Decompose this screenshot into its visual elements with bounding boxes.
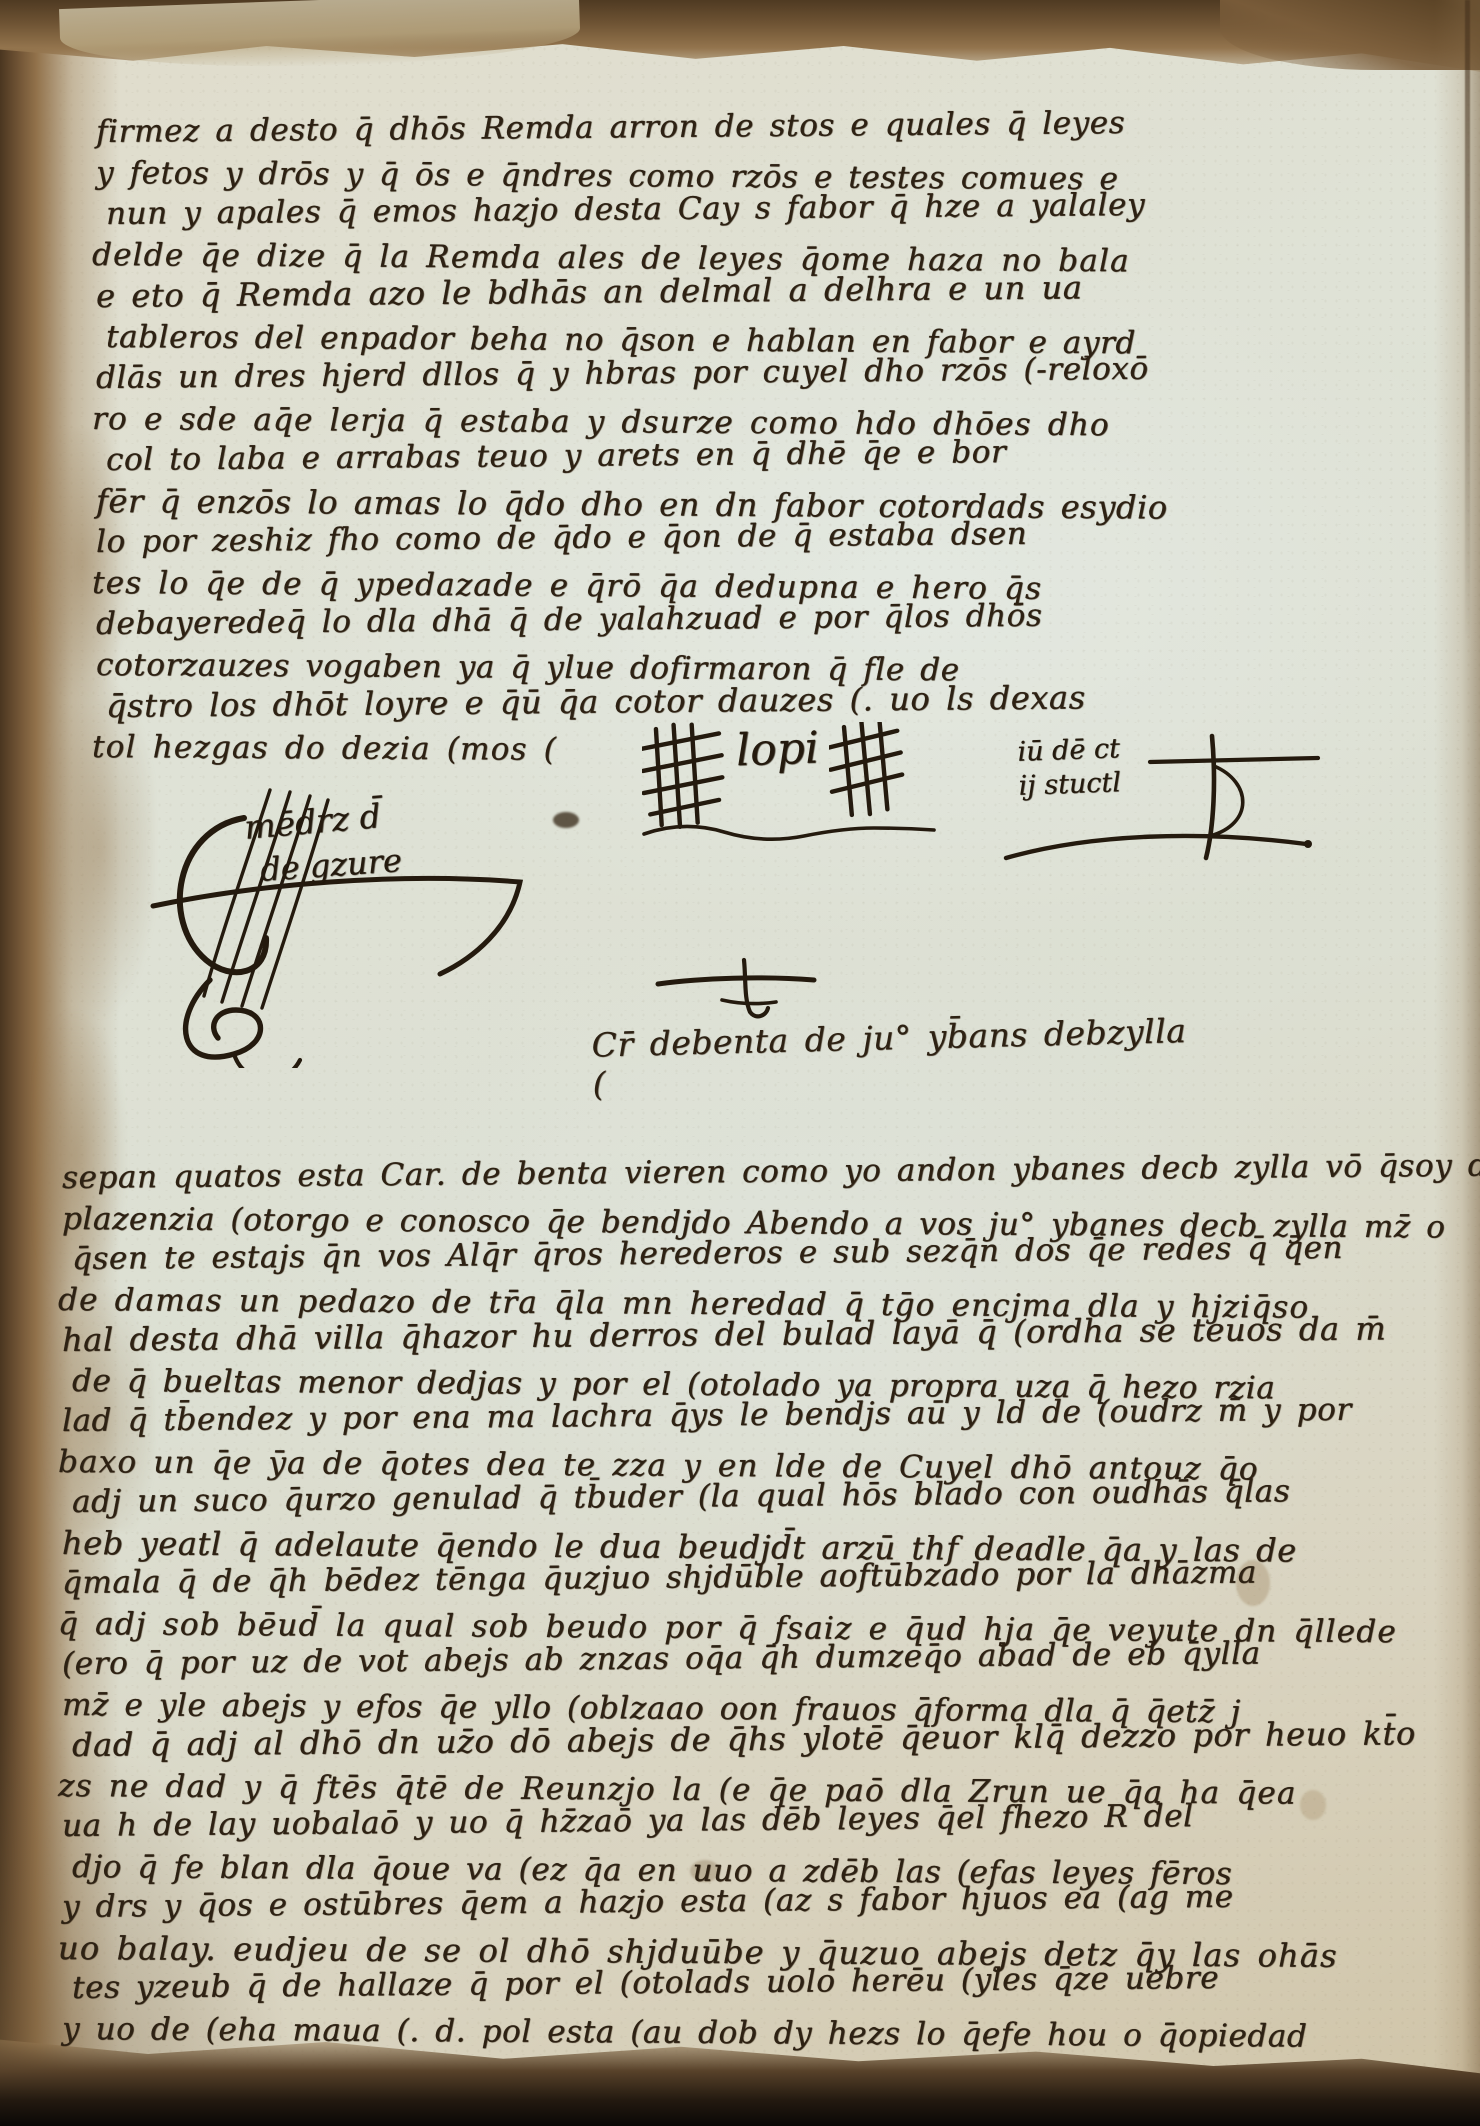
right-page-edge: [1434, 0, 1480, 2126]
notary-text-line2: ij stuctl: [1018, 766, 1122, 804]
ink-spot: [553, 812, 579, 828]
lower-text-block: sepan quatos esta Car. de benta vieren c…: [62, 1158, 1432, 2049]
notary-mark: iū dē ct ij stuctl: [1000, 730, 1330, 880]
section-heading: Cr̄ debenta de ju° yb̄ans debzylla (: [591, 1010, 1213, 1103]
crosshatch-rubric-right-icon: [829, 722, 905, 818]
lope-rubric: lopi: [642, 722, 972, 882]
upper-text-block: firmez a desto q̄ dhōs Remda arron de st…: [96, 112, 1396, 768]
notary-text: iū dē ct ij stuctl: [1017, 732, 1122, 804]
lope-signature-text: lopi: [735, 723, 820, 777]
section-divider: [652, 954, 822, 1026]
manuscript-scan: firmez a desto q̄ dhōs Remda arron de st…: [0, 0, 1480, 2126]
crosshatch-rubric-left-icon: [642, 722, 726, 832]
right-edge-crease: [1465, 0, 1470, 640]
notary-text-line1: iū dē ct: [1017, 732, 1121, 770]
divider-cross-icon: [652, 954, 822, 1026]
manuscript-line: y uo de (eha maua (. d. pol esta (au dob…: [62, 2009, 1432, 2058]
principal-signature: mēdrz d̄ de gzure: [148, 788, 548, 1068]
